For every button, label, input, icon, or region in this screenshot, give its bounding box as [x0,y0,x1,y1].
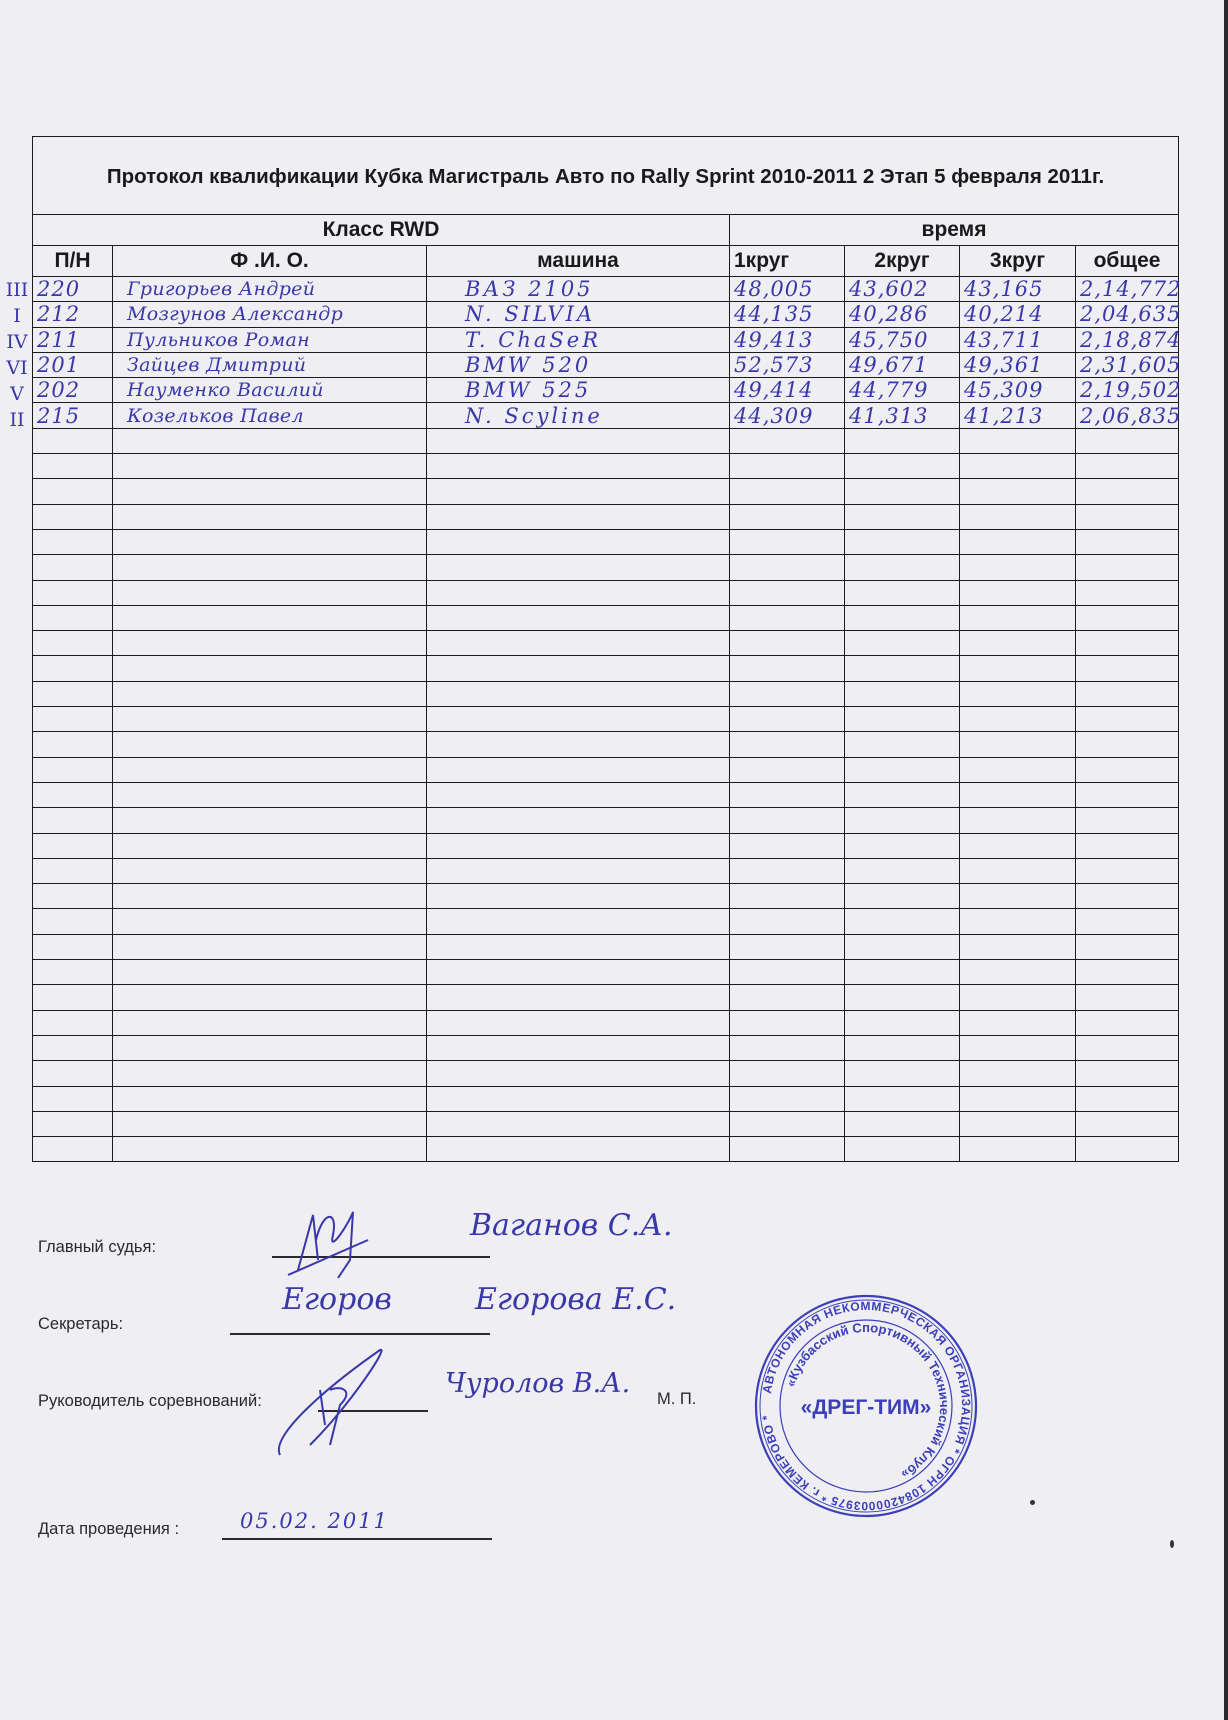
stamp-center-text: «ДРЕГ-ТИМ» [801,1396,932,1419]
empty-cell [33,884,113,909]
cell-lap1: 44,309 [730,403,845,428]
empty-cell [427,580,730,605]
empty-cell [845,960,960,985]
place-mark: II [4,407,30,433]
empty-cell [960,909,1076,934]
empty-cell [845,555,960,580]
empty-cell [33,555,113,580]
empty-cell [427,555,730,580]
empty-cell [845,1010,960,1035]
empty-cell [33,1111,113,1136]
empty-cell [1076,479,1179,504]
chief-judge-signature [278,1200,388,1280]
empty-cell [960,858,1076,883]
empty-cell [427,681,730,706]
empty-cell [730,1061,845,1086]
empty-cell [427,656,730,681]
empty-cell [845,605,960,630]
empty-table-row [33,934,1179,959]
empty-cell [845,808,960,833]
empty-table-row [33,479,1179,504]
empty-cell [960,757,1076,782]
time-header: время [730,215,1179,246]
empty-cell [960,1010,1076,1035]
table-row: 201 Зайцев Дмитрий BMW 520 52,573 49,671… [33,352,1179,377]
empty-cell [845,707,960,732]
empty-cell [730,808,845,833]
col-header-name: Ф .И. О. [113,246,427,277]
empty-cell [1076,833,1179,858]
empty-cell [960,782,1076,807]
empty-cell [845,1035,960,1060]
empty-cell [730,454,845,479]
empty-table-row [33,428,1179,453]
empty-table-row [33,1137,1179,1162]
cell-car: N. Scyline [427,403,730,428]
empty-cell [33,1010,113,1035]
empty-cell [33,580,113,605]
empty-cell [730,985,845,1010]
empty-cell [845,757,960,782]
empty-cell [113,428,427,453]
empty-cell [960,580,1076,605]
cell-lap3: 49,361 [960,352,1076,377]
empty-cell [113,555,427,580]
empty-cell [427,529,730,554]
empty-cell [113,707,427,732]
empty-cell [113,833,427,858]
empty-cell [960,428,1076,453]
empty-cell [730,884,845,909]
empty-cell [33,858,113,883]
empty-cell [960,1137,1076,1162]
empty-table-row [33,580,1179,605]
empty-cell [960,1086,1076,1111]
empty-cell [427,428,730,453]
empty-table-row [33,631,1179,656]
empty-cell [1076,681,1179,706]
empty-cell [730,428,845,453]
cell-total: 2,19,502 [1076,378,1179,403]
empty-cell [1076,884,1179,909]
empty-cell [730,934,845,959]
cell-lap3: 40,214 [960,302,1076,327]
empty-cell [33,1035,113,1060]
empty-cell [730,833,845,858]
secretary-signature-line [230,1333,490,1335]
empty-cell [960,732,1076,757]
empty-cell [845,1061,960,1086]
empty-cell [33,1086,113,1111]
empty-cell [845,656,960,681]
empty-cell [113,1137,427,1162]
empty-cell [960,479,1076,504]
empty-cell [427,1061,730,1086]
cell-name: Григорьев Андрей [113,277,427,302]
empty-cell [960,454,1076,479]
empty-cell [845,985,960,1010]
empty-cell [427,884,730,909]
cell-lap2: 43,602 [845,277,960,302]
table-row: 212 Мозгунов Александр N. SILVIA 44,135 … [33,302,1179,327]
empty-cell [113,1111,427,1136]
empty-cell [33,833,113,858]
empty-cell [33,707,113,732]
cell-lap1: 49,413 [730,327,845,352]
empty-cell [427,858,730,883]
empty-cell [1076,1010,1179,1035]
cell-car: N. SILVIA [427,302,730,327]
empty-table-row [33,757,1179,782]
chief-judge-label: Главный судья: [38,1238,156,1257]
empty-cell [730,555,845,580]
empty-cell [960,985,1076,1010]
empty-cell [960,1061,1076,1086]
empty-cell [730,960,845,985]
cell-number: 211 [33,327,113,352]
empty-cell [845,681,960,706]
empty-table-row [33,1111,1179,1136]
cell-lap2: 44,779 [845,378,960,403]
empty-cell [113,732,427,757]
empty-cell [427,934,730,959]
empty-cell [1076,454,1179,479]
empty-cell [845,884,960,909]
empty-cell [730,1035,845,1060]
cell-number: 220 [33,277,113,302]
empty-cell [960,529,1076,554]
empty-cell [1076,985,1179,1010]
date-value: 05.02. 2011 [240,1509,389,1533]
empty-cell [33,985,113,1010]
empty-cell [1076,909,1179,934]
col-header-number: П/Н [33,246,113,277]
cell-name: Зайцев Дмитрий [113,352,427,377]
empty-cell [845,909,960,934]
empty-cell [33,529,113,554]
empty-table-row [33,504,1179,529]
empty-table-row [33,454,1179,479]
cell-lap2: 49,671 [845,352,960,377]
empty-cell [427,707,730,732]
director-name: Чуролов В.А. [445,1368,630,1399]
empty-cell [33,479,113,504]
empty-table-row [33,656,1179,681]
empty-cell [845,504,960,529]
empty-cell [960,631,1076,656]
place-marks: III I IV VI V II [4,277,30,433]
empty-cell [1076,428,1179,453]
empty-cell [113,757,427,782]
cell-total: 2,04,635 [1076,302,1179,327]
empty-table-row [33,1061,1179,1086]
cell-lap1: 44,135 [730,302,845,327]
cell-lap1: 52,573 [730,352,845,377]
cell-lap3: 43,711 [960,327,1076,352]
page-title: Протокол квалификации Кубка Магистраль А… [33,137,1179,215]
empty-cell [1076,732,1179,757]
cell-name: Мозгунов Александр [113,302,427,327]
empty-table-row [33,808,1179,833]
empty-cell [730,580,845,605]
empty-cell [960,884,1076,909]
empty-cell [427,605,730,630]
empty-cell [845,782,960,807]
empty-cell [960,833,1076,858]
cell-number: 202 [33,378,113,403]
empty-cell [730,1086,845,1111]
empty-cell [1076,555,1179,580]
empty-cell [1076,934,1179,959]
director-label: Руководитель соревнований: [38,1392,262,1411]
empty-cell [1076,1086,1179,1111]
qualification-table: Протокол квалификации Кубка Магистраль А… [32,136,1179,1162]
empty-cell [1076,707,1179,732]
empty-cell [427,1111,730,1136]
cell-total: 2,14,772 [1076,277,1179,302]
empty-cell [845,1111,960,1136]
cell-name: Пульников Роман [113,327,427,352]
empty-cell [33,934,113,959]
empty-cell [845,732,960,757]
col-header-lap1: 1круг [730,246,845,277]
empty-cell [1076,1111,1179,1136]
empty-cell [427,1137,730,1162]
cell-lap1: 48,005 [730,277,845,302]
cell-lap3: 43,165 [960,277,1076,302]
empty-cell [427,479,730,504]
empty-cell [960,808,1076,833]
empty-table-row [33,681,1179,706]
empty-cell [1076,1035,1179,1060]
empty-cell [113,1086,427,1111]
cell-lap2: 45,750 [845,327,960,352]
cell-number: 212 [33,302,113,327]
empty-cell [113,934,427,959]
place-mark: V [4,381,30,407]
cell-lap2: 40,286 [845,302,960,327]
empty-cell [730,1137,845,1162]
empty-cell [113,605,427,630]
empty-table-row [33,858,1179,883]
empty-cell [1076,858,1179,883]
empty-cell [33,681,113,706]
secretary-name: Егорова Е.С. [475,1282,676,1317]
empty-cell [960,960,1076,985]
empty-table-row [33,605,1179,630]
empty-cell [1076,1061,1179,1086]
scan-edge [1224,0,1228,1720]
empty-cell [427,909,730,934]
cell-total: 2,06,835 [1076,403,1179,428]
empty-cell [730,529,845,554]
empty-cell [1076,504,1179,529]
empty-cell [113,681,427,706]
empty-cell [730,656,845,681]
date-label: Дата проведения : [38,1520,179,1539]
empty-cell [960,1035,1076,1060]
empty-cell [113,909,427,934]
empty-cell [1076,631,1179,656]
empty-cell [960,934,1076,959]
empty-table-row [33,529,1179,554]
empty-cell [845,454,960,479]
empty-cell [427,1086,730,1111]
place-mark: III [4,277,30,303]
empty-cell [427,504,730,529]
empty-cell [1076,529,1179,554]
cell-lap2: 41,313 [845,403,960,428]
empty-cell [960,681,1076,706]
empty-table-row [33,909,1179,934]
empty-cell [1076,1137,1179,1162]
empty-cell [845,631,960,656]
table-row: 211 Пульников Роман T. ChaSeR 49,413 45,… [33,327,1179,352]
empty-table-row [33,732,1179,757]
date-line [222,1538,492,1540]
empty-table-row [33,782,1179,807]
empty-cell [845,934,960,959]
director-signature [270,1345,440,1465]
empty-cell [730,782,845,807]
place-mark: VI [4,355,30,381]
table-row: 215 Козельков Павел N. Scyline 44,309 41… [33,403,1179,428]
empty-cell [1076,605,1179,630]
empty-cell [960,605,1076,630]
empty-cell [427,960,730,985]
empty-cell [960,555,1076,580]
cell-lap3: 41,213 [960,403,1076,428]
empty-table-row [33,707,1179,732]
place-mark: IV [4,329,30,355]
empty-cell [1076,580,1179,605]
cell-car: T. ChaSeR [427,327,730,352]
empty-cell [427,757,730,782]
seal-label: М. П. [657,1390,696,1409]
empty-cell [1076,808,1179,833]
empty-table-row [33,1035,1179,1060]
empty-cell [1076,656,1179,681]
cell-total: 2,18,874 [1076,327,1179,352]
empty-cell [33,1137,113,1162]
empty-cell [427,808,730,833]
empty-table-row [33,555,1179,580]
empty-cell [113,1035,427,1060]
empty-cell [845,1086,960,1111]
empty-cell [427,985,730,1010]
empty-cell [113,985,427,1010]
class-header: Класс RWD [33,215,730,246]
cell-lap3: 45,309 [960,378,1076,403]
empty-cell [845,580,960,605]
empty-cell [427,782,730,807]
empty-cell [845,858,960,883]
empty-cell [730,858,845,883]
empty-cell [730,504,845,529]
cell-number: 215 [33,403,113,428]
empty-cell [427,833,730,858]
empty-cell [33,757,113,782]
empty-cell [113,782,427,807]
empty-cell [113,808,427,833]
col-header-car: машина [427,246,730,277]
empty-table-row [33,960,1179,985]
secretary-label: Секретарь: [38,1315,123,1334]
empty-cell [113,884,427,909]
organization-stamp: АВТОНОМНАЯ НЕКОММЕРЧЕСКАЯ ОРГАНИЗАЦИЯ * … [752,1292,980,1520]
empty-cell [730,1111,845,1136]
empty-table-row [33,884,1179,909]
empty-cell [113,656,427,681]
empty-cell [845,833,960,858]
cell-number: 201 [33,352,113,377]
secretary-signature: Егоров [282,1282,392,1317]
empty-cell [33,1061,113,1086]
empty-cell [113,479,427,504]
empty-cell [730,605,845,630]
col-header-total: общее [1076,246,1179,277]
cell-car: BMW 525 [427,378,730,403]
empty-cell [33,656,113,681]
empty-cell [960,1111,1076,1136]
empty-cell [33,782,113,807]
cell-car: ВАЗ 2105 [427,277,730,302]
empty-cell [427,1010,730,1035]
empty-cell [730,479,845,504]
table-row: 202 Науменко Василий BMW 525 49,414 44,7… [33,378,1179,403]
empty-cell [33,454,113,479]
empty-cell [113,454,427,479]
cell-car: BMW 520 [427,352,730,377]
empty-cell [730,631,845,656]
empty-cell [427,732,730,757]
scan-speck [1030,1500,1035,1505]
chief-judge-name: Ваганов С.А. [470,1208,673,1243]
empty-cell [1076,960,1179,985]
cell-total: 2,31,605 [1076,352,1179,377]
empty-cell [113,1010,427,1035]
empty-cell [1076,782,1179,807]
empty-cell [845,1137,960,1162]
place-mark: I [4,303,30,329]
empty-cell [113,858,427,883]
empty-cell [730,909,845,934]
empty-table-row [33,1010,1179,1035]
empty-cell [427,631,730,656]
empty-cell [113,1061,427,1086]
cell-name: Науменко Василий [113,378,427,403]
empty-table-row [33,1086,1179,1111]
empty-cell [113,580,427,605]
empty-cell [33,909,113,934]
empty-cell [33,504,113,529]
empty-cell [730,1010,845,1035]
empty-table-row [33,985,1179,1010]
empty-cell [845,529,960,554]
table-row: 220 Григорьев Андрей ВАЗ 2105 48,005 43,… [33,277,1179,302]
empty-cell [113,529,427,554]
empty-cell [960,656,1076,681]
empty-cell [33,631,113,656]
empty-cell [113,960,427,985]
empty-cell [427,454,730,479]
col-header-lap3: 3круг [960,246,1076,277]
scan-speck [1170,1540,1174,1548]
empty-cell [1076,757,1179,782]
empty-cell [730,707,845,732]
cell-name: Козельков Павел [113,403,427,428]
empty-cell [730,681,845,706]
